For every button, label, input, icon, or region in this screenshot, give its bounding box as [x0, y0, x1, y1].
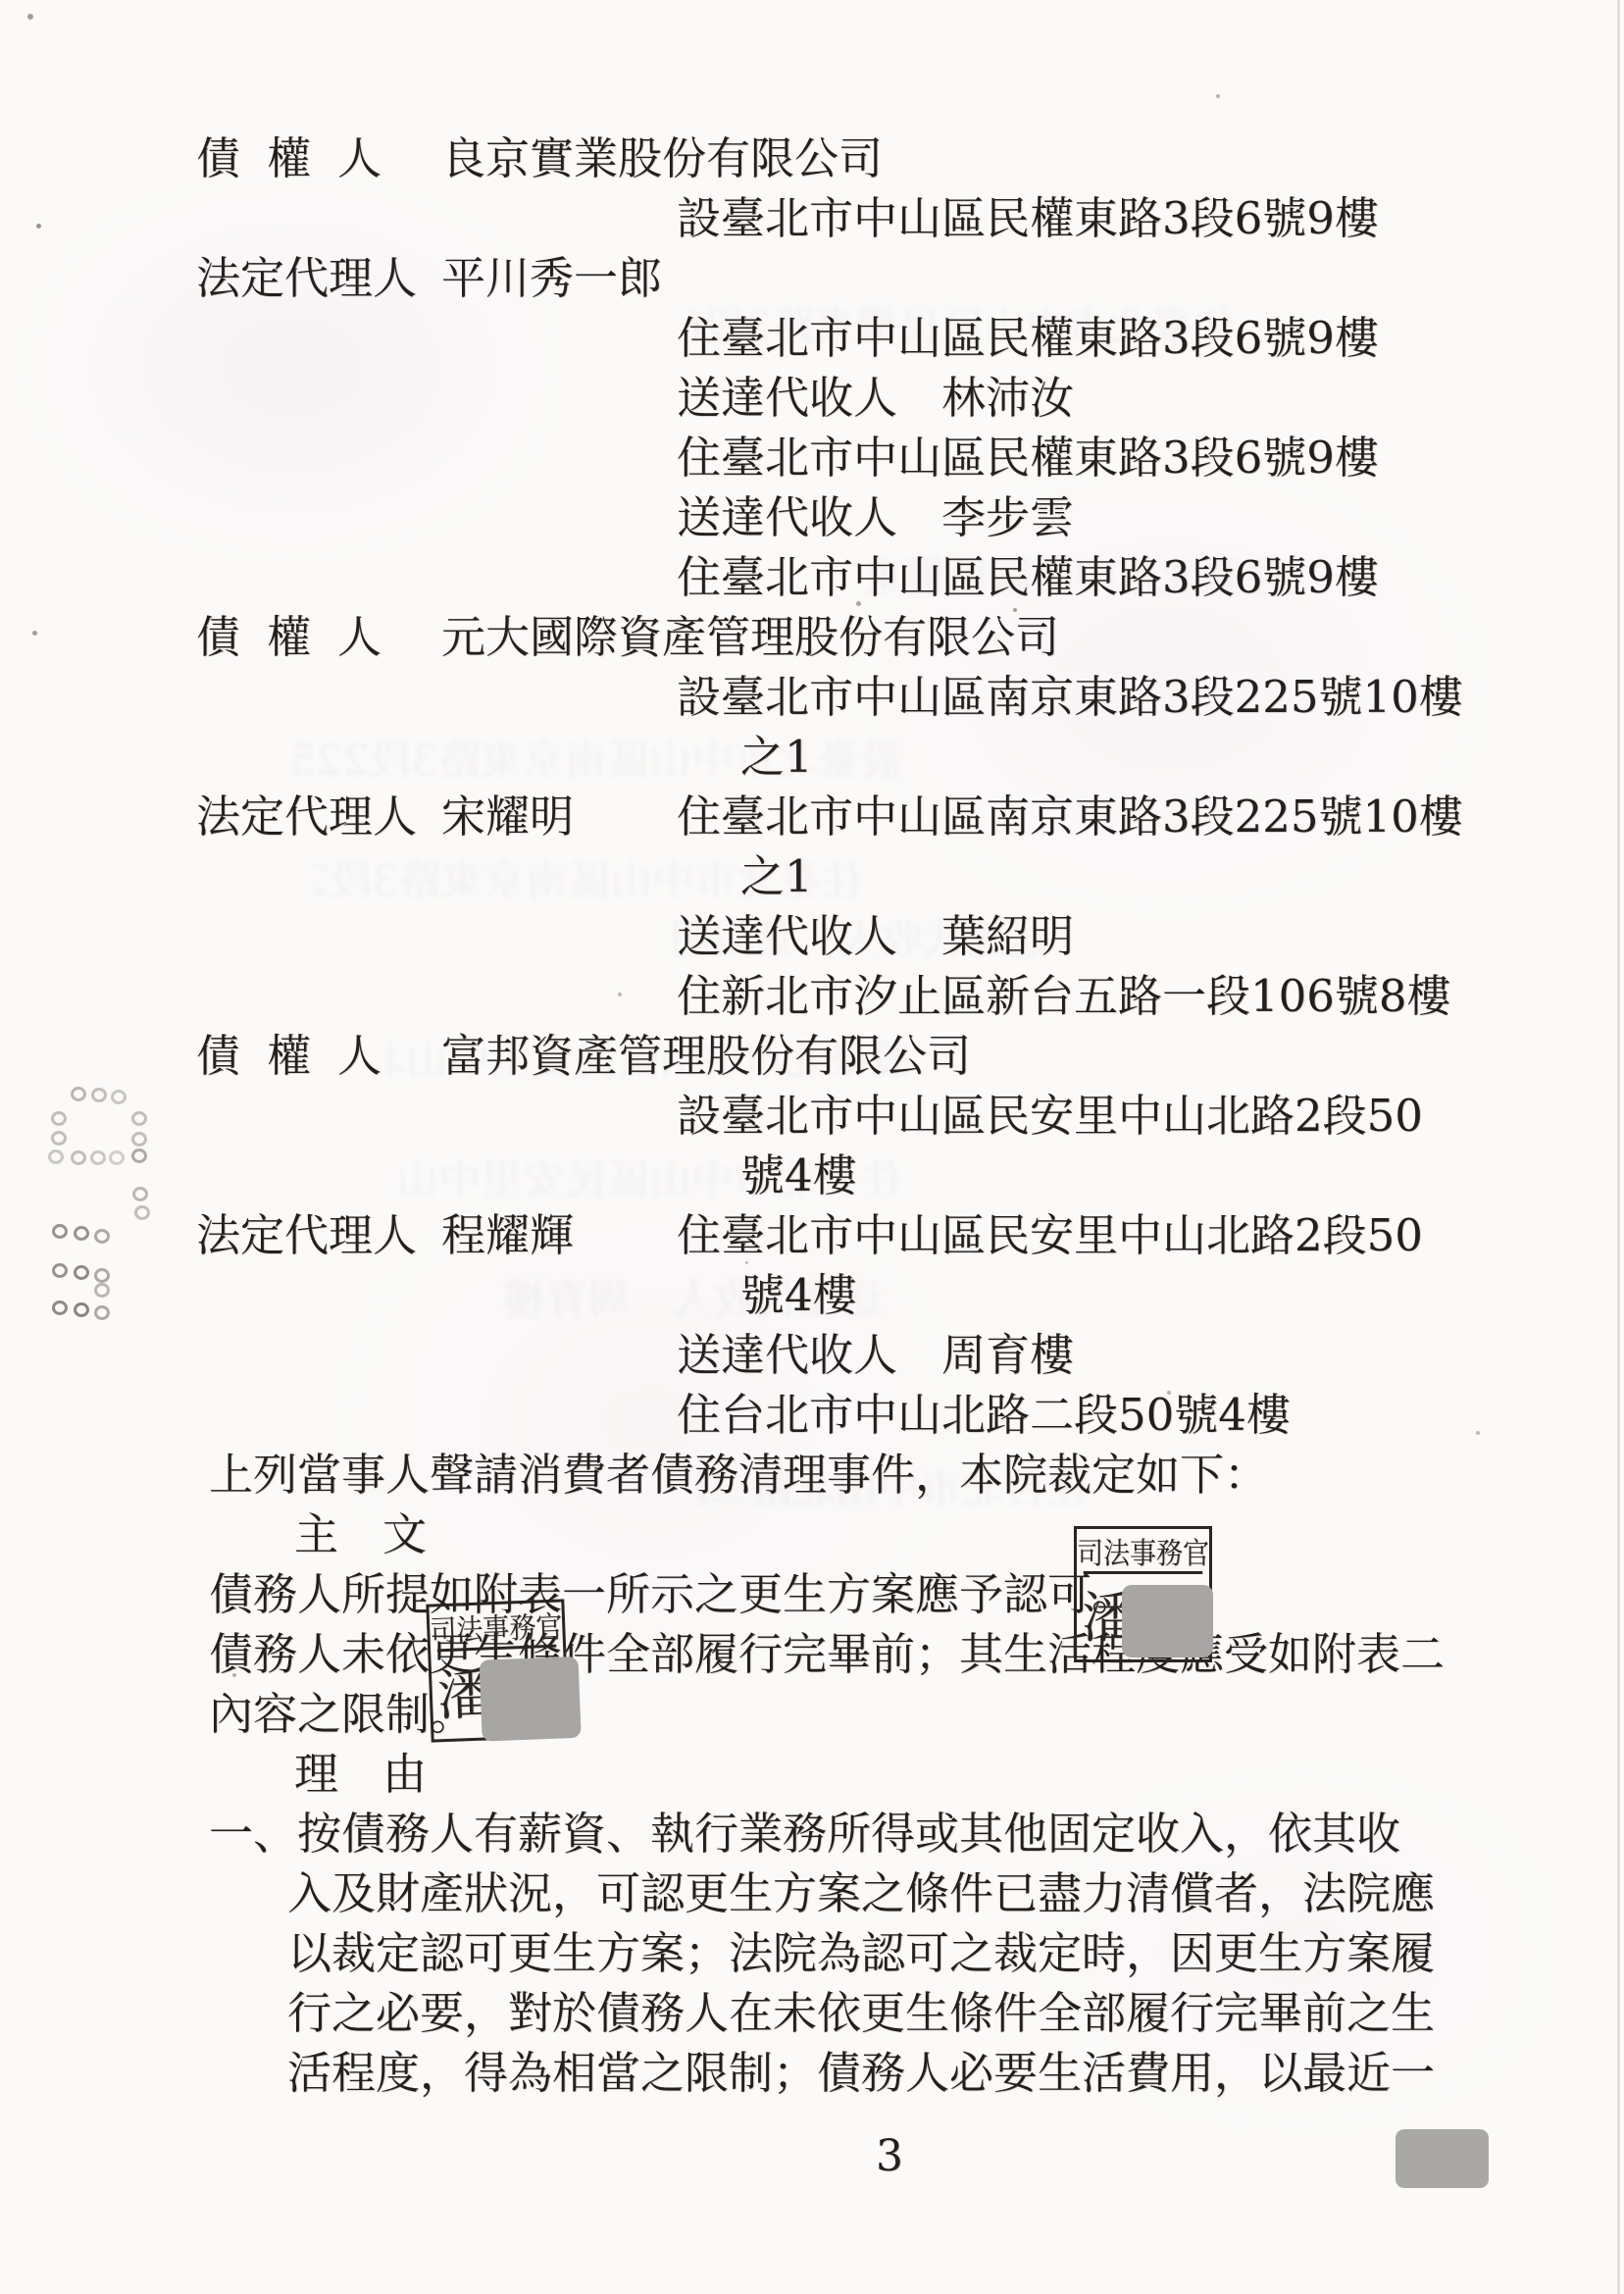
party-address: 住臺北市中山區南京東路3段225號10樓: [677, 790, 1463, 842]
scan-speck: [745, 1261, 748, 1264]
doc-line: 號4樓: [740, 1265, 857, 1325]
margin-ring-mark: [52, 1263, 68, 1278]
doc-line: 住新北市汐止區新台五路一段106號8樓: [677, 966, 1451, 1026]
scan-speck: [36, 224, 41, 229]
doc-line: 債 權 人良京實業股份有限公司: [196, 128, 883, 188]
doc-line: 之1: [740, 727, 813, 787]
doc-line: 上列當事人聲請消費者債務清理事件，本院裁定如下：: [209, 1445, 1268, 1504]
scanned-court-document-page: { "document": { "lines": [ {"kind":"part…: [0, 0, 1624, 2294]
judicial-officer-stamp: 司法事務官 潘: [426, 1599, 569, 1742]
margin-ring-mark: [132, 1187, 148, 1201]
margin-ring-mark: [52, 1300, 68, 1315]
doc-line: 活程度，得為相當之限制；債務人必要生活費用，以最近一: [287, 2043, 1435, 2103]
margin-ring-mark: [134, 1205, 150, 1220]
redaction-box: [480, 1657, 582, 1742]
scan-speck: [32, 631, 37, 636]
margin-ring-mark: [51, 1111, 67, 1126]
margin-ring-mark: [94, 1283, 110, 1298]
doc-line: 法定代理人程耀輝住臺北市中山區民安里中山北路2段50: [196, 1205, 1423, 1265]
doc-line: 一、按債務人有薪資、執行業務所得或其他固定收入，依其收: [209, 1804, 1400, 1863]
doc-line: 送達代收人 周育樓: [677, 1325, 1074, 1385]
scan-speck: [232, 1673, 236, 1677]
scan-speck: [1013, 608, 1017, 612]
margin-ring-mark: [94, 1305, 110, 1320]
scan-speck: [984, 650, 988, 654]
scan-speck: [856, 601, 861, 606]
party-role-label: 法定代理人: [196, 787, 441, 846]
party-name: 程耀輝: [441, 1205, 677, 1265]
doc-line: 住臺北市中山區民權東路3段6號9樓: [677, 428, 1379, 487]
scan-speck: [343, 822, 347, 826]
party-role-label: 債 權 人: [196, 607, 441, 667]
doc-line: 住台北市中山北路二段50號4樓: [677, 1385, 1291, 1445]
margin-ring-mark: [131, 1111, 147, 1126]
doc-line: 之1: [740, 846, 813, 906]
doc-line: 號4樓: [740, 1146, 857, 1205]
margin-ring-mark: [109, 1150, 125, 1165]
margin-ring-mark: [94, 1229, 110, 1244]
doc-line: 設臺北市中山區南京東路3段225號10樓: [677, 667, 1463, 727]
margin-ring-mark: [94, 1268, 110, 1283]
scan-speck: [618, 993, 622, 996]
doc-line: 以裁定認可更生方案；法院為認可之裁定時，因更生方案履: [287, 1923, 1435, 1983]
doc-line: 設臺北市中山區民權東路3段6號9樓: [677, 188, 1379, 248]
margin-ring-mark: [74, 1265, 89, 1280]
doc-line: 住臺北市中山區民權東路3段6號9樓: [677, 547, 1379, 607]
party-name: 宋耀明: [441, 787, 677, 846]
party-role-label: 債 權 人: [196, 1026, 441, 1086]
party-address: 住臺北市中山區民安里中山北路2段50: [677, 1209, 1423, 1261]
doc-line: 理 由: [294, 1744, 427, 1804]
scan-speck: [27, 14, 33, 20]
doc-line: 設臺北市中山區民安里中山北路2段50: [677, 1086, 1423, 1146]
doc-line: 債務人未依更生條件全部履行完畢前；其生活程度應受如附表二: [209, 1624, 1445, 1684]
margin-ring-mark: [111, 1090, 127, 1104]
scan-speck: [853, 1608, 857, 1612]
party-role-label: 法定代理人: [196, 248, 441, 308]
scan-speck: [1167, 1391, 1171, 1395]
scan-speck: [1216, 94, 1220, 98]
margin-ring-mark: [131, 1132, 147, 1147]
stamp-title: 司法事務官: [435, 1603, 556, 1653]
doc-line: 主 文: [294, 1504, 427, 1564]
margin-ring-mark: [51, 1131, 67, 1146]
page-number: 3: [876, 2130, 903, 2183]
doc-line: 入及財產狀況，可認更生方案之條件已盡力清償者，法院應: [287, 1863, 1435, 1923]
scan-edge-line: [1617, 0, 1620, 2294]
doc-line: 送達代收人 李步雲: [677, 487, 1074, 547]
margin-ring-mark: [74, 1226, 89, 1241]
margin-ring-mark: [131, 1148, 147, 1163]
doc-line: 法定代理人宋耀明住臺北市中山區南京東路3段225號10樓: [196, 787, 1463, 846]
doc-line: 債 權 人元大國際資產管理股份有限公司: [196, 607, 1059, 667]
stamp-title: 司法事務官: [1084, 1529, 1203, 1574]
party-role-label: 法定代理人: [196, 1205, 441, 1265]
party-name: 良京實業股份有限公司: [441, 128, 883, 188]
doc-line: 住臺北市中山區民權東路3段6號9樓: [677, 308, 1379, 368]
redaction-box: [1122, 1585, 1213, 1657]
doc-line: 債 權 人富邦資產管理股份有限公司: [196, 1026, 971, 1086]
doc-line: 法定代理人平川秀一郎: [196, 248, 662, 308]
scan-speck: [1476, 1431, 1480, 1435]
margin-ring-mark: [91, 1088, 107, 1102]
margin-ring-mark: [90, 1150, 106, 1165]
doc-line: 行之必要，對於債務人在未依更生條件全部履行完畢前之生: [287, 1983, 1435, 2043]
party-name: 元大國際資產管理股份有限公司: [441, 607, 1059, 667]
margin-ring-mark: [52, 1224, 68, 1239]
doc-line: 送達代收人 葉紹明: [677, 906, 1074, 966]
party-name: 富邦資產管理股份有限公司: [441, 1026, 971, 1086]
margin-ring-mark: [71, 1087, 86, 1101]
doc-line: 送達代收人 林沛汝: [677, 368, 1074, 428]
margin-ring-mark: [71, 1150, 86, 1165]
doc-line: 債務人所提如附表一所示之更生方案應予認可。: [209, 1564, 1136, 1624]
document-text-block: 債 權 人良京實業股份有限公司設臺北市中山區民權東路3段6號9樓法定代理人平川秀…: [0, 0, 1624, 2294]
party-name: 平川秀一郎: [441, 248, 662, 308]
judicial-officer-stamp: 司法事務官 潘: [1074, 1526, 1212, 1662]
redaction-box: [1396, 2129, 1489, 2188]
party-role-label: 債 權 人: [196, 128, 441, 188]
margin-ring-mark: [48, 1149, 64, 1164]
margin-ring-mark: [74, 1302, 89, 1317]
